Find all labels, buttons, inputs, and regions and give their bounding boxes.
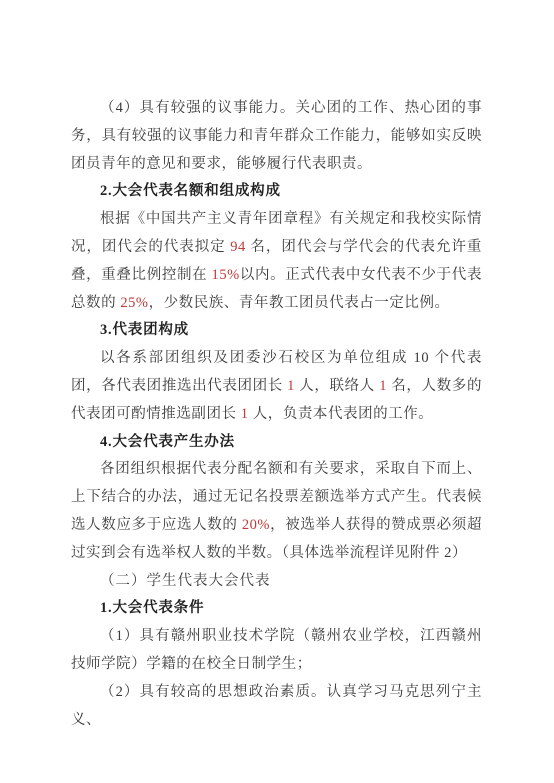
text-run: （2）具有较高的思想政治素质。认真学习马克思列宁主义、 <box>71 684 482 728</box>
document-page: （4）具有较强的议事能力。关心团的工作、热心团的事务，具有较强的议事能力和青年群… <box>0 0 554 783</box>
highlighted-number: 15% <box>212 267 240 283</box>
paragraph: 各团组织根据代表分配名额和有关要求，采取自下而上、上下结合的办法，通过无记名投票… <box>71 456 482 567</box>
text-run: （4）具有较强的议事能力。关心团的工作、热心团的事务，具有较强的议事能力和青年群… <box>71 100 482 172</box>
section-heading: 1.大会代表条件 <box>71 595 482 623</box>
paragraph: （4）具有较强的议事能力。关心团的工作、热心团的事务，具有较强的议事能力和青年群… <box>71 95 482 178</box>
paragraph: 以各系部团组织及团委沙石校区为单位组成 10 个代表团，各代表团推选出代表团团长… <box>71 345 482 428</box>
subsection-title-text: （二）学生代表大会代表 <box>100 573 271 589</box>
text-run: （1）具有赣州职业技术学院（赣州农业学校，江西赣州技师学院）学籍的在校全日制学生… <box>71 628 482 672</box>
highlighted-number: 1 <box>379 378 387 394</box>
highlighted-number: 1 <box>241 406 249 422</box>
heading-text: 1.大会代表条件 <box>100 600 204 616</box>
paragraph: 根据《中国共产主义青年团章程》有关规定和我校实际情况，团代会的代表拟定 94 名… <box>71 206 482 317</box>
text-run: 人，联络人 <box>295 378 379 394</box>
section-heading: 2.大会代表名额和组成构成 <box>71 178 482 206</box>
paragraph: （1）具有赣州职业技术学院（赣州农业学校，江西赣州技师学院）学籍的在校全日制学生… <box>71 623 482 679</box>
heading-text: 3.代表团构成 <box>100 322 189 338</box>
subsection-title: （二）学生代表大会代表 <box>71 568 482 596</box>
text-run: 人，负责本代表团的工作。 <box>249 406 434 422</box>
highlighted-number: 1 <box>287 378 295 394</box>
text-run: ，少数民族、青年教工团员代表占一定比例。 <box>149 295 450 311</box>
section-heading: 4.大会代表产生办法 <box>71 429 482 457</box>
section-heading: 3.代表团构成 <box>71 317 482 345</box>
highlighted-number: 94 <box>230 239 246 255</box>
page-text: （4）具有较强的议事能力。关心团的工作、热心团的事务，具有较强的议事能力和青年群… <box>71 95 482 734</box>
highlighted-number: 20% <box>242 517 270 533</box>
highlighted-number: 25% <box>120 295 148 311</box>
paragraph: （2）具有较高的思想政治素质。认真学习马克思列宁主义、 <box>71 679 482 735</box>
heading-text: 4.大会代表产生办法 <box>100 434 235 450</box>
heading-text: 2.大会代表名额和组成构成 <box>100 183 281 199</box>
